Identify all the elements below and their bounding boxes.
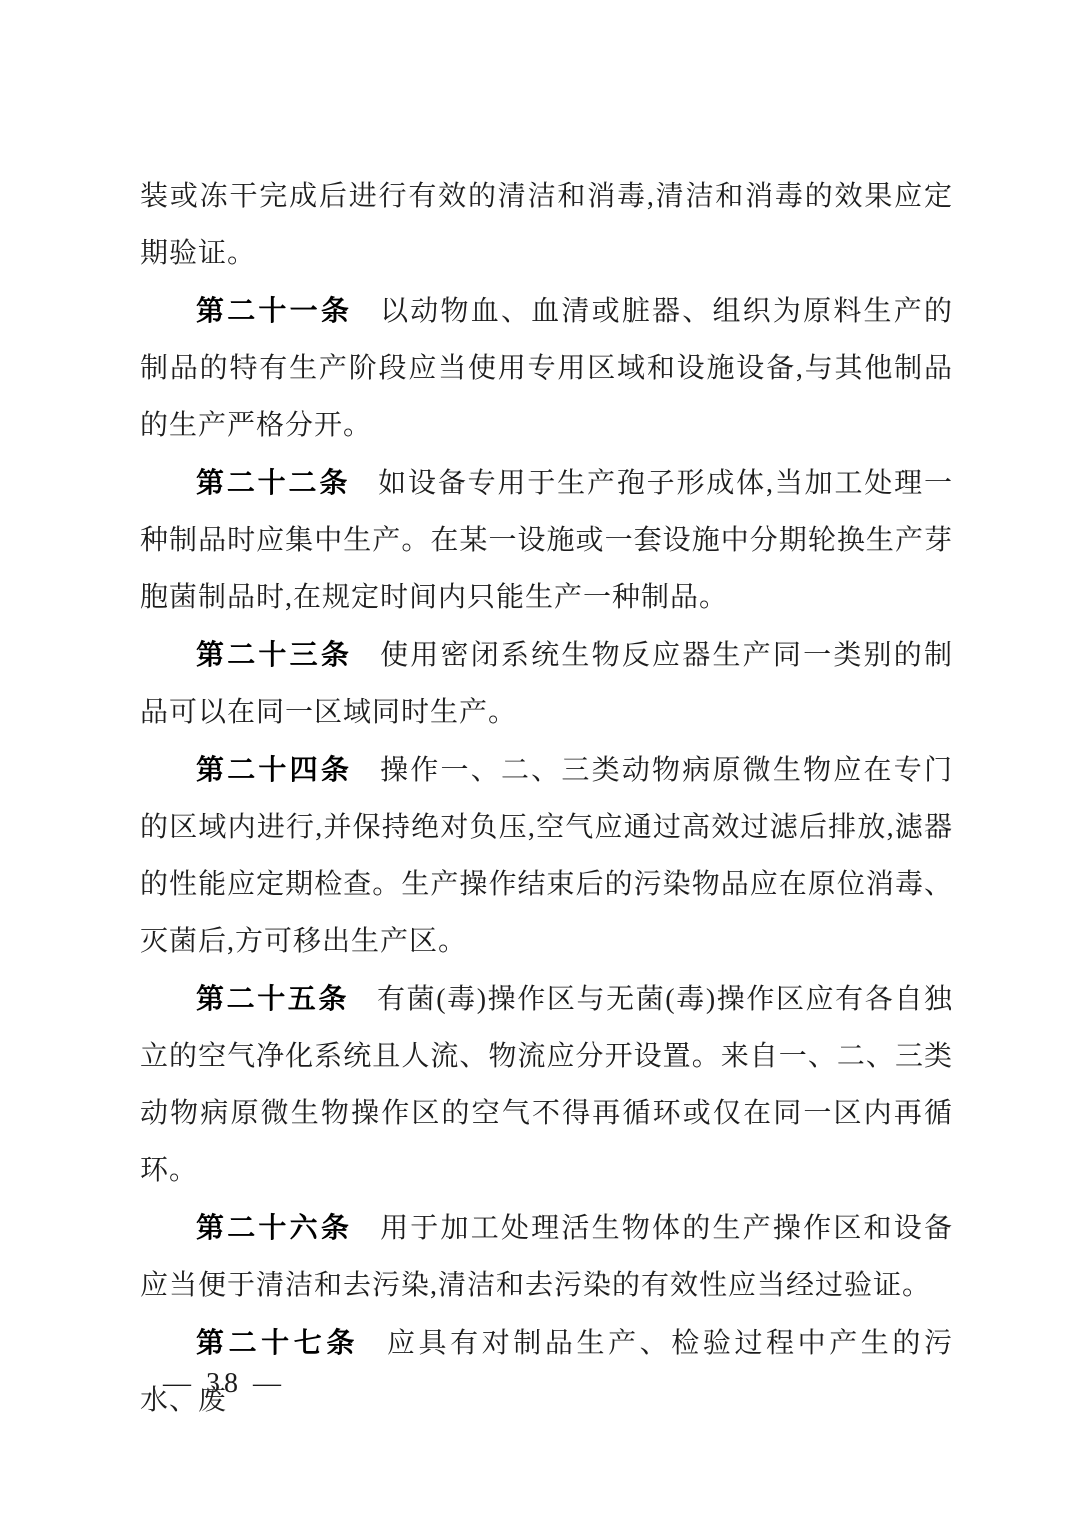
paragraph: 第二十一条以动物血、血清或脏器、组织为原料生产的制品的特有生产阶段应当使用专用区… — [140, 282, 953, 454]
article-number-label: 第二十二条 — [196, 466, 350, 499]
paragraph: 第二十四条操作一、二、三类动物病原微生物应在专门的区域内进行,并保持绝对负压,空… — [140, 741, 953, 970]
article-number-label: 第二十七条 — [196, 1326, 359, 1359]
page-number: — 38 — — [163, 1368, 285, 1400]
paragraph: 第二十三条使用密闭系统生物反应器生产同一类别的制品可以在同一区域同时生产。 — [140, 626, 953, 741]
article-number-label: 第二十三条 — [196, 638, 352, 671]
paragraph: 第二十六条用于加工处理活生物体的生产操作区和设备应当便于清洁和去污染,清洁和去污… — [140, 1199, 953, 1314]
article-number-label: 第二十一条 — [196, 294, 352, 327]
document-page: 装或冻干完成后进行有效的清洁和消毒,清洁和消毒的效果应定期验证。 第二十一条以动… — [0, 0, 1080, 1527]
document-text-block: 装或冻干完成后进行有效的清洁和消毒,清洁和消毒的效果应定期验证。 第二十一条以动… — [140, 168, 953, 1429]
article-number-label: 第二十五条 — [196, 982, 349, 1015]
article-number-label: 第二十四条 — [196, 753, 352, 786]
paragraph-text: 装或冻干完成后进行有效的清洁和消毒,清洁和消毒的效果应定期验证。 — [140, 181, 953, 269]
paragraph: 装或冻干完成后进行有效的清洁和消毒,清洁和消毒的效果应定期验证。 — [140, 168, 953, 282]
article-number-label: 第二十六条 — [196, 1211, 352, 1244]
paragraph: 第二十五条有菌(毒)操作区与无菌(毒)操作区应有各自独立的空气净化系统且人流、物… — [140, 970, 953, 1199]
paragraph: 第二十二条如设备专用于生产孢子形成体,当加工处理一种制品时应集中生产。在某一设施… — [140, 454, 953, 626]
